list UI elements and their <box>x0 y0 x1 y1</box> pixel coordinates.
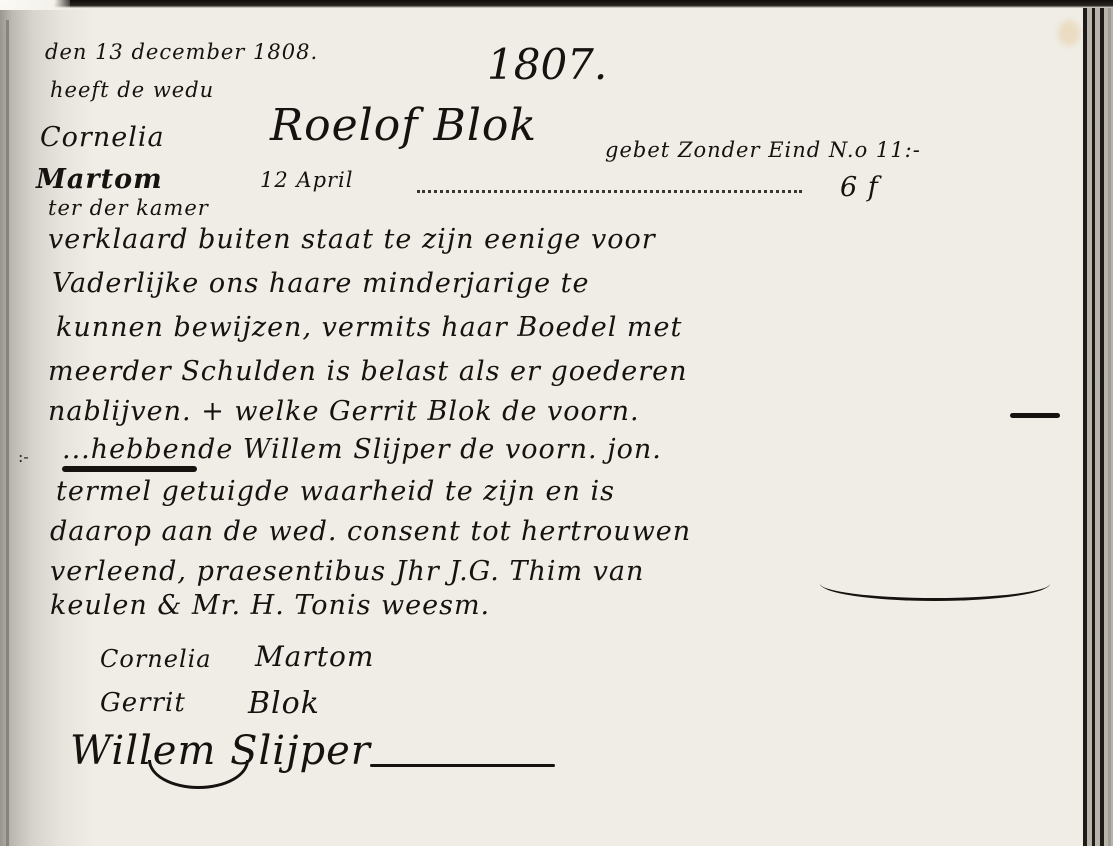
body-line: ...hebbende Willem Slijper de voorn. jon… <box>62 434 662 465</box>
body-line: verleend, praesentibus Jhr J.G. Thim van <box>50 556 644 587</box>
body-line: Vaderlijke ons haare minderjarige te <box>52 268 589 299</box>
margin-mark: :- <box>18 447 29 466</box>
leader-dots <box>417 190 802 193</box>
body-line: keulen & Mr. H. Tonis weesm. <box>50 590 490 621</box>
closing-flourish <box>820 580 1050 601</box>
body-line: kunnen bewijzen, vermits haar Boedel met <box>56 312 682 343</box>
scan-top-edge <box>0 0 1113 8</box>
signature-martom: Martom <box>255 640 374 673</box>
strikethrough <box>62 466 197 472</box>
body-line: verklaard buiten staat te zijn eenige vo… <box>48 224 656 255</box>
entry-date: 12 April <box>260 168 353 192</box>
year-heading: 1807. <box>487 40 607 89</box>
paper-stain <box>1058 20 1080 46</box>
signature-blok: Blok <box>248 686 320 721</box>
name-prefix: Cornelia <box>40 122 165 153</box>
date-note-line-2: heeft de wedu <box>50 78 214 102</box>
amount: 6 f <box>840 172 879 203</box>
maiden-name: Martom <box>36 164 163 195</box>
signature-underline <box>370 764 555 767</box>
binding-line <box>1100 8 1104 846</box>
signature-cornelia: Cornelia <box>100 645 212 673</box>
person-name: Roelof Blok <box>270 100 537 151</box>
binding-line <box>1092 8 1095 846</box>
body-line: nablijven. + welke Gerrit Blok de voorn. <box>48 396 640 427</box>
body-line: daarop aan de wed. consent tot hertrouwe… <box>50 516 691 547</box>
body-line: ter der kamer <box>48 196 209 220</box>
binding-line <box>1083 8 1087 846</box>
strikethrough <box>1010 413 1060 418</box>
address: gebet Zonder Eind N.o 11:- <box>605 138 921 162</box>
register-page: den 13 december 1808. 1807. heeft de wed… <box>0 0 1113 846</box>
date-note-line-1: den 13 december 1808. <box>45 40 318 64</box>
body-line: meerder Schulden is belast als er goeder… <box>48 356 688 387</box>
signature-gerrit: Gerrit <box>100 688 186 718</box>
body-line: termel getuigde waarheid te zijn en is <box>56 476 615 507</box>
signature-flourish <box>148 760 249 789</box>
gutter-fold-line <box>6 20 9 846</box>
